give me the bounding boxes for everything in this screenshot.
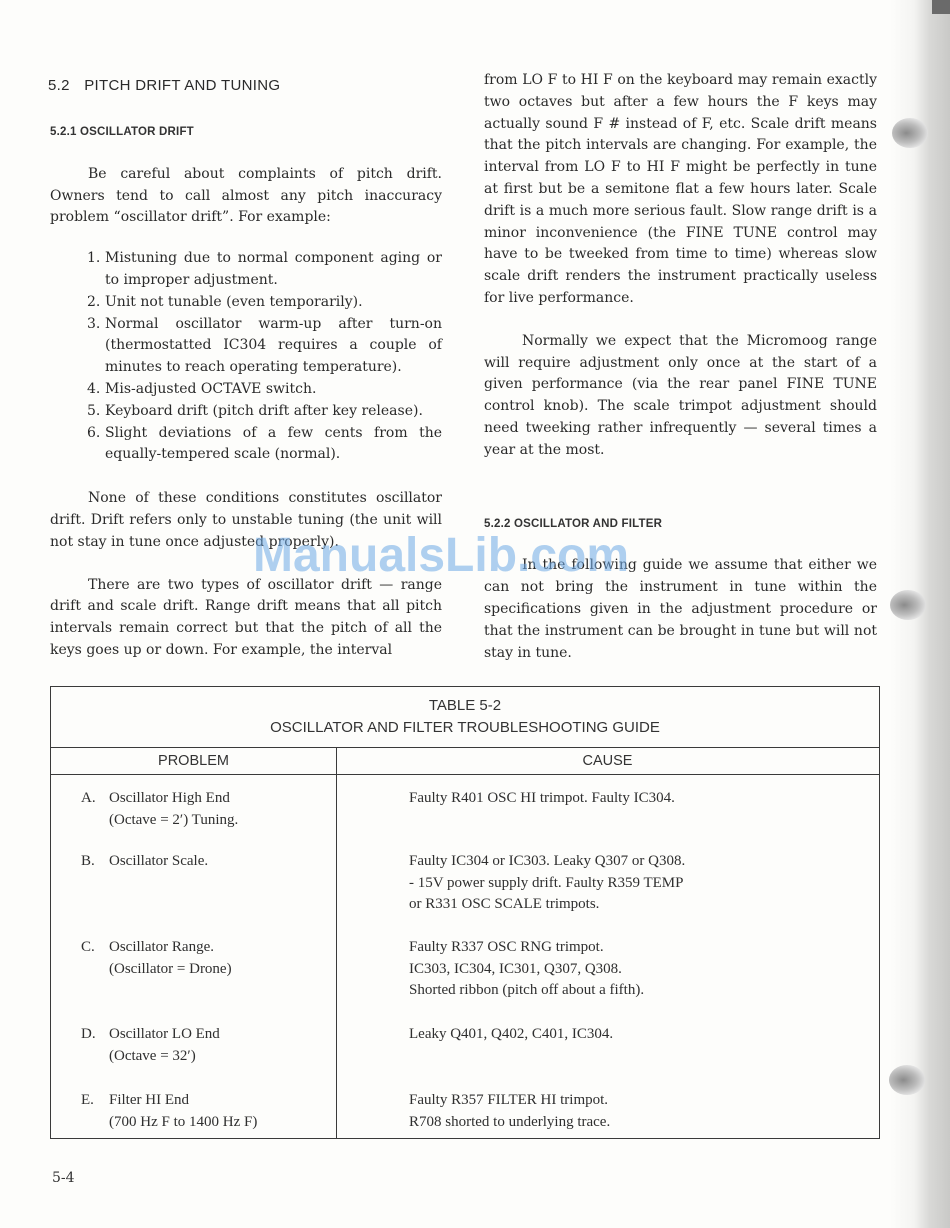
list-item-text: Mistuning due to normal component aging … [105, 250, 442, 288]
list-item-text: Keyboard drift (pitch drift after key re… [105, 403, 423, 419]
list-item-number: 5. [87, 401, 100, 423]
intro-paragraph: Be careful about complaints of pitch dri… [50, 164, 442, 229]
table-title: TABLE 5-2 OSCILLATOR AND FILTER TROUBLES… [51, 695, 879, 739]
micromoog-paragraph: Normally we expect that the Micromoog ra… [484, 331, 877, 462]
problem-line: (Octave = 2′) Tuning. [109, 810, 329, 832]
problem-cell: Oscillator Range.(Oscillator = Drone) [109, 937, 329, 980]
cause-cell: Faulty R337 OSC RNG trimpot.IC303, IC304… [409, 937, 869, 1002]
table-divider [51, 747, 879, 748]
table-label: TABLE 5-2 [51, 695, 879, 717]
cause-cell: Faulty IC304 or IC303. Leaky Q307 or Q30… [409, 851, 869, 916]
problem-cell: Oscillator LO End(Octave = 32′) [109, 1024, 329, 1067]
section-number: 5.2 [48, 77, 70, 94]
row-letter: A. [81, 788, 96, 810]
cause-cell: Faulty R401 OSC HI trimpot. Faulty IC304… [409, 788, 869, 810]
cause-line: Faulty R401 OSC HI trimpot. Faulty IC304… [409, 788, 869, 810]
row-letter: D. [81, 1024, 96, 1046]
cause-line: Leaky Q401, Q402, C401, IC304. [409, 1024, 869, 1046]
list-item-text: Slight deviations of a few cents from th… [105, 425, 442, 463]
scan-edge [932, 0, 950, 14]
problem-cell: Oscillator Scale. [109, 851, 329, 873]
subsection-heading-oscillator-drift: 5.2.1 OSCILLATOR DRIFT [50, 122, 442, 144]
table-caption: OSCILLATOR AND FILTER TROUBLESHOOTING GU… [51, 717, 879, 739]
drift-causes-list: 1.Mistuning due to normal component agin… [87, 248, 442, 466]
cause-line: IC303, IC304, IC301, Q307, Q308. [409, 959, 869, 981]
left-column: 5.2.1 OSCILLATOR DRIFT Be careful about … [50, 122, 442, 662]
problem-line: (Oscillator = Drone) [109, 959, 329, 981]
page-number: 5-4 [52, 1170, 75, 1186]
binder-hole-top [892, 118, 928, 148]
problem-line: Oscillator Range. [109, 937, 329, 959]
cause-line: - 15V power supply drift. Faulty R359 TE… [409, 873, 869, 895]
table-column-divider [336, 747, 337, 1138]
conditions-paragraph: None of these conditions constitutes osc… [50, 488, 442, 553]
column-header-problem: PROBLEM [51, 751, 336, 773]
problem-line: Filter HI End [109, 1090, 329, 1112]
list-item-number: 6. [87, 423, 100, 445]
table-divider [51, 774, 879, 775]
guide-intro-paragraph: In the following guide we assume that ei… [484, 555, 877, 664]
list-item-text: Unit not tunable (even temporarily). [105, 294, 363, 310]
list-item: 4.Mis-adjusted OCTAVE switch. [87, 379, 442, 401]
list-item: 6.Slight deviations of a few cents from … [87, 423, 442, 467]
cause-line: or R331 OSC SCALE trimpots. [409, 894, 869, 916]
list-item-text: Mis-adjusted OCTAVE switch. [105, 381, 316, 397]
problem-line: (700 Hz F to 1400 Hz F) [109, 1112, 329, 1134]
list-item-number: 1. [87, 248, 100, 270]
right-column: from LO F to HI F on the keyboard may re… [484, 70, 877, 664]
binder-hole-middle [890, 590, 926, 620]
drift-types-paragraph: There are two types of oscillator drift … [50, 575, 442, 662]
section-heading: 5.2 PITCH DRIFT AND TUNING [48, 77, 280, 94]
section-title: PITCH DRIFT AND TUNING [84, 77, 280, 94]
subsection-heading-oscillator-filter: 5.2.2 OSCILLATOR AND FILTER [484, 514, 877, 536]
column-header-cause: CAUSE [336, 751, 879, 773]
cause-cell: Leaky Q401, Q402, C401, IC304. [409, 1024, 869, 1046]
list-item-number: 3. [87, 314, 100, 336]
problem-line: Oscillator LO End [109, 1024, 329, 1046]
list-item: 3.Normal oscillator warm-up after turn-o… [87, 314, 442, 379]
problem-cell: Filter HI End(700 Hz F to 1400 Hz F) [109, 1090, 329, 1133]
row-letter: C. [81, 937, 95, 959]
problem-cell: Oscillator High End(Octave = 2′) Tuning. [109, 788, 329, 831]
cause-cell: Faulty R357 FILTER HI trimpot.R708 short… [409, 1090, 869, 1133]
cause-line: Faulty R357 FILTER HI trimpot. [409, 1090, 869, 1112]
row-letter: E. [81, 1090, 94, 1112]
row-letter: B. [81, 851, 95, 873]
cause-line: R708 shorted to underlying trace. [409, 1112, 869, 1134]
list-item: 2.Unit not tunable (even temporarily). [87, 292, 442, 314]
list-item-text: Normal oscillator warm-up after turn-on … [105, 316, 442, 376]
problem-line: Oscillator Scale. [109, 851, 329, 873]
cause-line: Shorted ribbon (pitch off about a fifth)… [409, 980, 869, 1002]
list-item: 5.Keyboard drift (pitch drift after key … [87, 401, 442, 423]
problem-line: Oscillator High End [109, 788, 329, 810]
problem-line: (Octave = 32′) [109, 1046, 329, 1068]
list-item-number: 4. [87, 379, 100, 401]
troubleshooting-table: TABLE 5-2 OSCILLATOR AND FILTER TROUBLES… [50, 686, 880, 1139]
binder-hole-bottom [889, 1065, 925, 1095]
list-item: 1.Mistuning due to normal component agin… [87, 248, 442, 292]
drift-types-continued: from LO F to HI F on the keyboard may re… [484, 70, 877, 310]
cause-line: Faulty IC304 or IC303. Leaky Q307 or Q30… [409, 851, 869, 873]
cause-line: Faulty R337 OSC RNG trimpot. [409, 937, 869, 959]
list-item-number: 2. [87, 292, 100, 314]
